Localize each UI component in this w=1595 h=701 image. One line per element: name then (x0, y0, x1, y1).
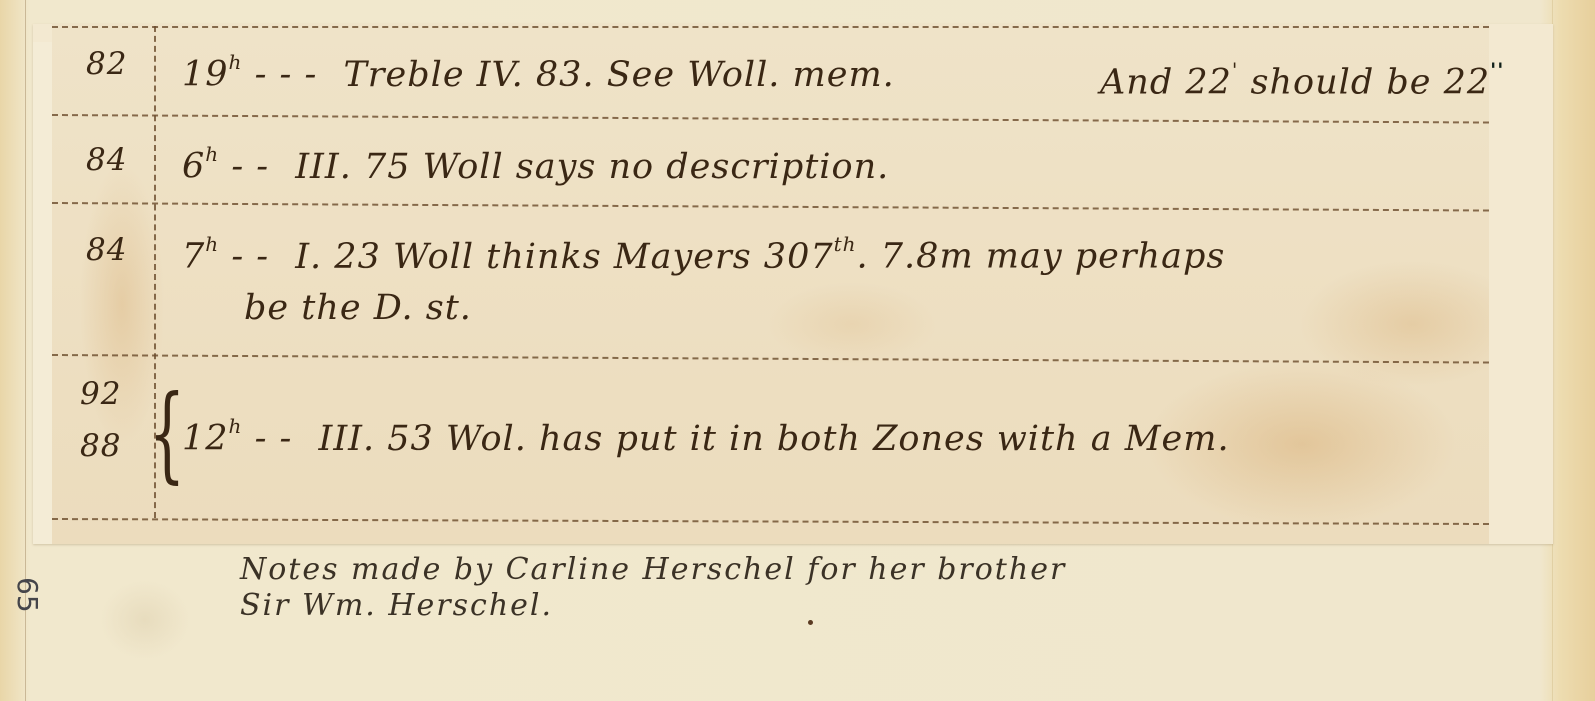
row-1-correction-text: And 22 (1100, 63, 1232, 103)
notes-slip: 82 19h - - - Treble IV. 83. See Woll. me… (52, 24, 1489, 544)
annotation-line-2: Sir Wm. Herschel. (240, 588, 553, 623)
rule-top (52, 26, 1489, 28)
row-1-hour-unit: h (229, 50, 243, 74)
rule-bottom (52, 518, 1489, 525)
row-3-text-sup: th (834, 232, 857, 256)
row-2-text: III. 75 Woll says no description. (295, 147, 889, 187)
row-1-correction-middle: should be 22 (1251, 63, 1491, 103)
ink-spot (808, 620, 813, 625)
row-4-dashes: - - (255, 419, 293, 459)
row-3-number: 84 (86, 232, 127, 268)
rule-row-3 (52, 354, 1489, 364)
row-1-entry: 19h - - - Treble IV. 83. See Woll. mem. (182, 54, 895, 95)
row-2-hour-unit: h (205, 142, 219, 166)
row-3-text-b: . 7.8m may perhaps (857, 237, 1226, 277)
row-4-brace: { (149, 372, 185, 494)
row-3-hour-unit: h (205, 232, 219, 256)
row-3-dashes: - - (231, 237, 269, 277)
row-3-entry-line-1: 7h - - I. 23 Woll thinks Mayers 307th. 7… (182, 236, 1225, 277)
rule-row-2 (52, 202, 1489, 212)
row-1-hour: 19 (182, 55, 229, 95)
row-4-hour-unit: h (229, 414, 243, 438)
row-1-number: 82 (86, 46, 127, 82)
row-4-number-bottom: 88 (80, 428, 121, 464)
row-4-number-top: 92 (80, 376, 121, 412)
row-1-dashes: - - - (255, 55, 318, 95)
row-3-text-a: I. 23 Woll thinks Mayers 307 (295, 237, 833, 277)
row-4-entry: 12h - - III. 53 Wol. has put it in both … (182, 418, 1230, 459)
annotation-line-1: Notes made by Carline Herschel for her b… (240, 552, 1066, 587)
row-3-entry-line-2: be the D. st. (244, 288, 472, 328)
row-3-hour: 7 (182, 237, 205, 277)
embossed-stamp (100, 580, 190, 660)
row-2-entry: 6h - - III. 75 Woll says no description. (182, 146, 889, 187)
rule-row-1 (52, 114, 1489, 124)
row-2-dashes: - - (231, 147, 269, 187)
margin-page-number: 65 (11, 577, 44, 613)
row-4-hour: 12 (182, 419, 229, 459)
row-1-text: Treble IV. 83. See Woll. mem. (343, 55, 894, 95)
row-1-correction: And 22' should be 22'' (1100, 62, 1504, 103)
row-2-hour: 6 (182, 147, 205, 187)
row-1-correction-mark-1: ' (1232, 58, 1239, 82)
row-1-correction-mark-2: '' (1490, 58, 1504, 82)
row-4-text: III. 53 Wol. has put it in both Zones wi… (319, 419, 1230, 459)
row-2-number: 84 (86, 142, 127, 178)
